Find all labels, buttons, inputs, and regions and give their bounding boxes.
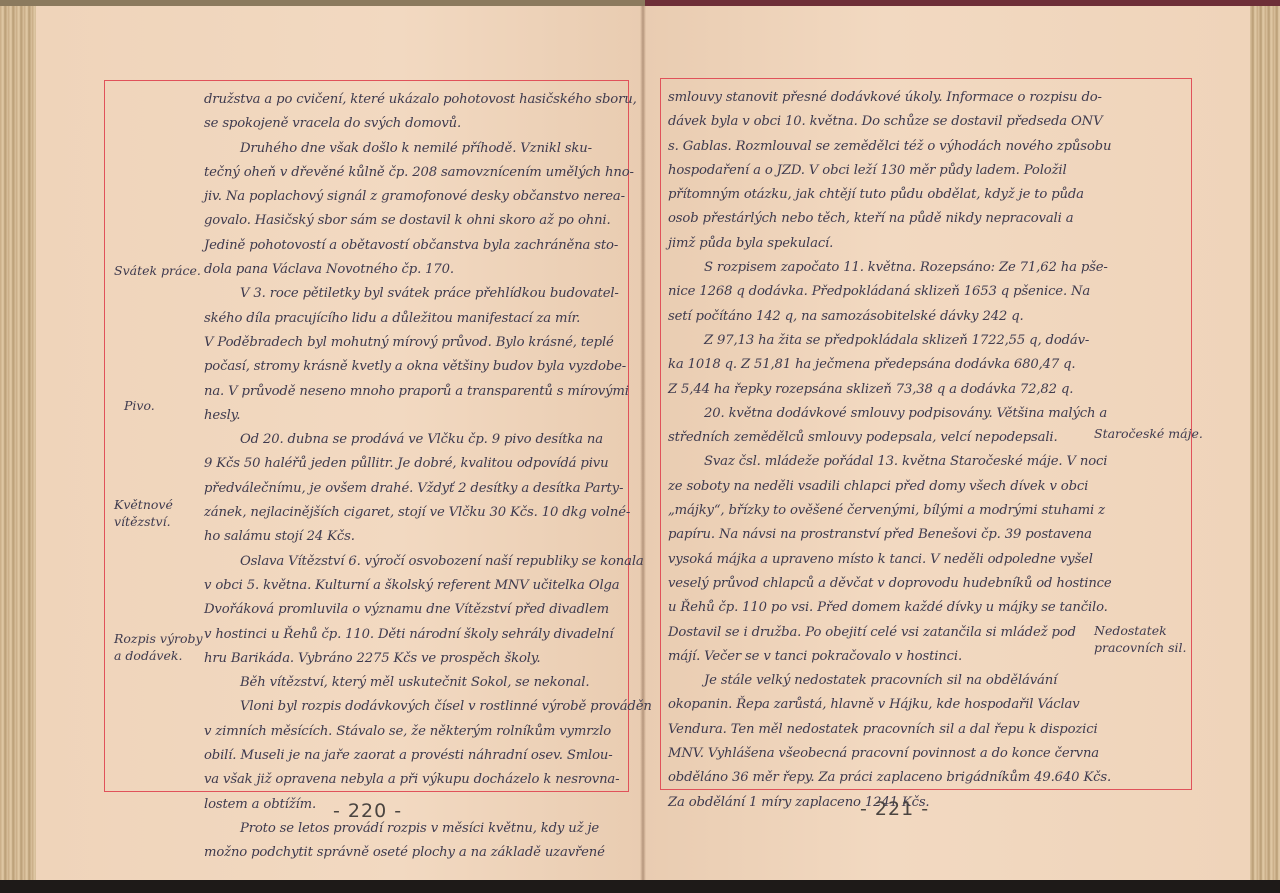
text-line: Od 20. dubna se prodává ve Vlčku čp. 9 p… xyxy=(204,428,624,452)
text-line: govalo. Hasičský sbor sám se dostavil k … xyxy=(204,209,624,233)
text-line: osob přestárlých nebo těch, kteří na půd… xyxy=(668,207,1088,231)
page-number-left: - 220 - xyxy=(333,800,402,822)
text-line: veselý průvod chlapců a děvčat v doprovo… xyxy=(668,572,1088,596)
margin-note-nedostatek-pracovnich-sil: Nedostatek pracovních sil. xyxy=(1094,622,1186,656)
text-line: se spokojeně vracela do svých domovů. xyxy=(204,112,624,136)
text-line: přítomným otázku, jak chtějí tuto půdu o… xyxy=(668,183,1088,207)
text-line: u Řehů čp. 110 po vsi. Před domem každé … xyxy=(668,596,1088,620)
text-line: Vendura. Ten měl nedostatek pracovních s… xyxy=(668,718,1088,742)
text-line: Dostavil se i družba. Po obejití celé vs… xyxy=(668,621,1088,645)
margin-note-rozpis-vyroby: Rozpis výroby a dodávek. xyxy=(114,630,203,664)
text-line: středních zemědělců smlouvy podepsala, v… xyxy=(668,426,1088,450)
margin-note-kvetnove-vitezstvi: Květnové vítězství. xyxy=(114,496,173,530)
text-line: zánek, nejlacinějších cigaret, stojí ve … xyxy=(204,501,624,525)
page-stack-right xyxy=(1250,6,1280,880)
text-line: družstva a po cvičení, které ukázalo poh… xyxy=(204,88,624,112)
text-line: MNV. Vyhlášena všeobecná pracovní povinn… xyxy=(668,742,1088,766)
text-line: jimž půda byla spekulací. xyxy=(668,232,1088,256)
text-line: hospodaření a o JZD. V obci leží 130 měr… xyxy=(668,159,1088,183)
text-line: „májky“, břízky to ověšené červenými, bí… xyxy=(668,499,1088,523)
text-line: obilí. Museli je na jaře zaorat a provés… xyxy=(204,744,624,768)
text-line: Z 5,44 ha řepky rozepsána sklizeň 73,38 … xyxy=(668,378,1088,402)
text-line: Běh vítězství, který měl uskutečnit Soko… xyxy=(204,671,624,695)
text-line: vysoká májka a upraveno místo k tanci. V… xyxy=(668,548,1088,572)
open-book: Svátek práce. Pivo. Květnové vítězství. … xyxy=(0,0,1280,880)
text-line: tečný oheň v dřevěné kůlně čp. 208 samov… xyxy=(204,161,624,185)
text-line: v hostinci u Řehů čp. 110. Děti národní … xyxy=(204,623,624,647)
text-line: hesly. xyxy=(204,404,624,428)
margin-note-svatek-prace: Svátek práce. xyxy=(114,262,201,279)
text-line: Vloni byl rozpis dodávkových čísel v ros… xyxy=(204,695,624,719)
margin-note-staroceske-maje: Staročeské máje. xyxy=(1094,425,1203,442)
text-line: jiv. Na poplachový signál z gramofonové … xyxy=(204,185,624,209)
text-line: dávek byla v obci 10. května. Do schůze … xyxy=(668,110,1088,134)
text-line: s. Gablas. Rozmlouval se zemědělci též o… xyxy=(668,135,1088,159)
text-line: 20. května dodávkové smlouvy podpisovány… xyxy=(668,402,1088,426)
right-page-text: smlouvy stanovit přesné dodávkové úkoly.… xyxy=(668,86,1088,815)
margin-note-pivo: Pivo. xyxy=(124,397,155,414)
text-line: Je stále velký nedostatek pracovních sil… xyxy=(668,669,1088,693)
page-number-right: - 221 - xyxy=(860,798,929,820)
text-line: V 3. roce pětiletky byl svátek práce pře… xyxy=(204,282,624,306)
text-line: na. V průvodě neseno mnoho praporů a tra… xyxy=(204,380,624,404)
text-line: ského díla pracujícího lidu a důležitou … xyxy=(204,307,624,331)
text-line: 9 Kčs 50 haléřů jeden půllitr. Je dobré,… xyxy=(204,452,624,476)
text-line: Druhého dne však došlo k nemilé příhodě.… xyxy=(204,137,624,161)
text-line: V Poděbradech byl mohutný mírový průvod.… xyxy=(204,331,624,355)
text-line: předválečnímu, je ovšem drahé. Vždyť 2 d… xyxy=(204,477,624,501)
text-line: Oslava Vítězství 6. výročí osvobození na… xyxy=(204,550,624,574)
text-line: Proto se letos provádí rozpis v měsíci k… xyxy=(204,817,624,841)
text-line: v zimních měsících. Stávalo se, že někte… xyxy=(204,720,624,744)
text-line: S rozpisem započato 11. května. Rozepsán… xyxy=(668,256,1088,280)
text-line: Svaz čsl. mládeže pořádal 13. května Sta… xyxy=(668,450,1088,474)
page-stack-left xyxy=(0,6,36,880)
text-line: lostem a obtížím. xyxy=(204,793,624,817)
text-line: Jedině pohotovostí a obětavostí občanstv… xyxy=(204,234,624,258)
text-line: v obci 5. května. Kulturní a školský ref… xyxy=(204,574,624,598)
text-line: dola pana Václava Novotného čp. 170. xyxy=(204,258,624,282)
text-line: nice 1268 q dodávka. Předpokládaná skliz… xyxy=(668,280,1088,304)
text-line: Dvořáková promluvila o významu dne Vítěz… xyxy=(204,598,624,622)
text-line: okopanin. Řepa zarůstá, hlavně v Hájku, … xyxy=(668,693,1088,717)
text-line: možno podchytit správně oseté plochy a n… xyxy=(204,841,624,865)
text-line: Z 97,13 ha žita se předpokládala sklizeň… xyxy=(668,329,1088,353)
text-line: obděláno 36 měr řepy. Za práci zaplaceno… xyxy=(668,766,1088,790)
text-line: májí. Večer se v tanci pokračovalo v hos… xyxy=(668,645,1088,669)
text-line: ho salámu stojí 24 Kčs. xyxy=(204,525,624,549)
text-line: setí počítáno 142 q, na samozásobitelské… xyxy=(668,305,1088,329)
text-line: papíru. Na návsi na prostranství před Be… xyxy=(668,523,1088,547)
text-line: počasí, stromy krásně kvetly a okna větš… xyxy=(204,355,624,379)
text-line: hru Barikáda. Vybráno 2275 Kčs ve prospě… xyxy=(204,647,624,671)
text-line: smlouvy stanovit přesné dodávkové úkoly.… xyxy=(668,86,1088,110)
text-line: ka 1018 q. Z 51,81 ha ječmena předepsána… xyxy=(668,353,1088,377)
book-gutter xyxy=(640,6,646,880)
left-page-text: družstva a po cvičení, které ukázalo poh… xyxy=(204,88,624,866)
text-line: ze soboty na neděli vsadili chlapci před… xyxy=(668,475,1088,499)
text-line: va však již opravena nebyla a při výkupu… xyxy=(204,768,624,792)
background-bottom xyxy=(0,880,1280,893)
